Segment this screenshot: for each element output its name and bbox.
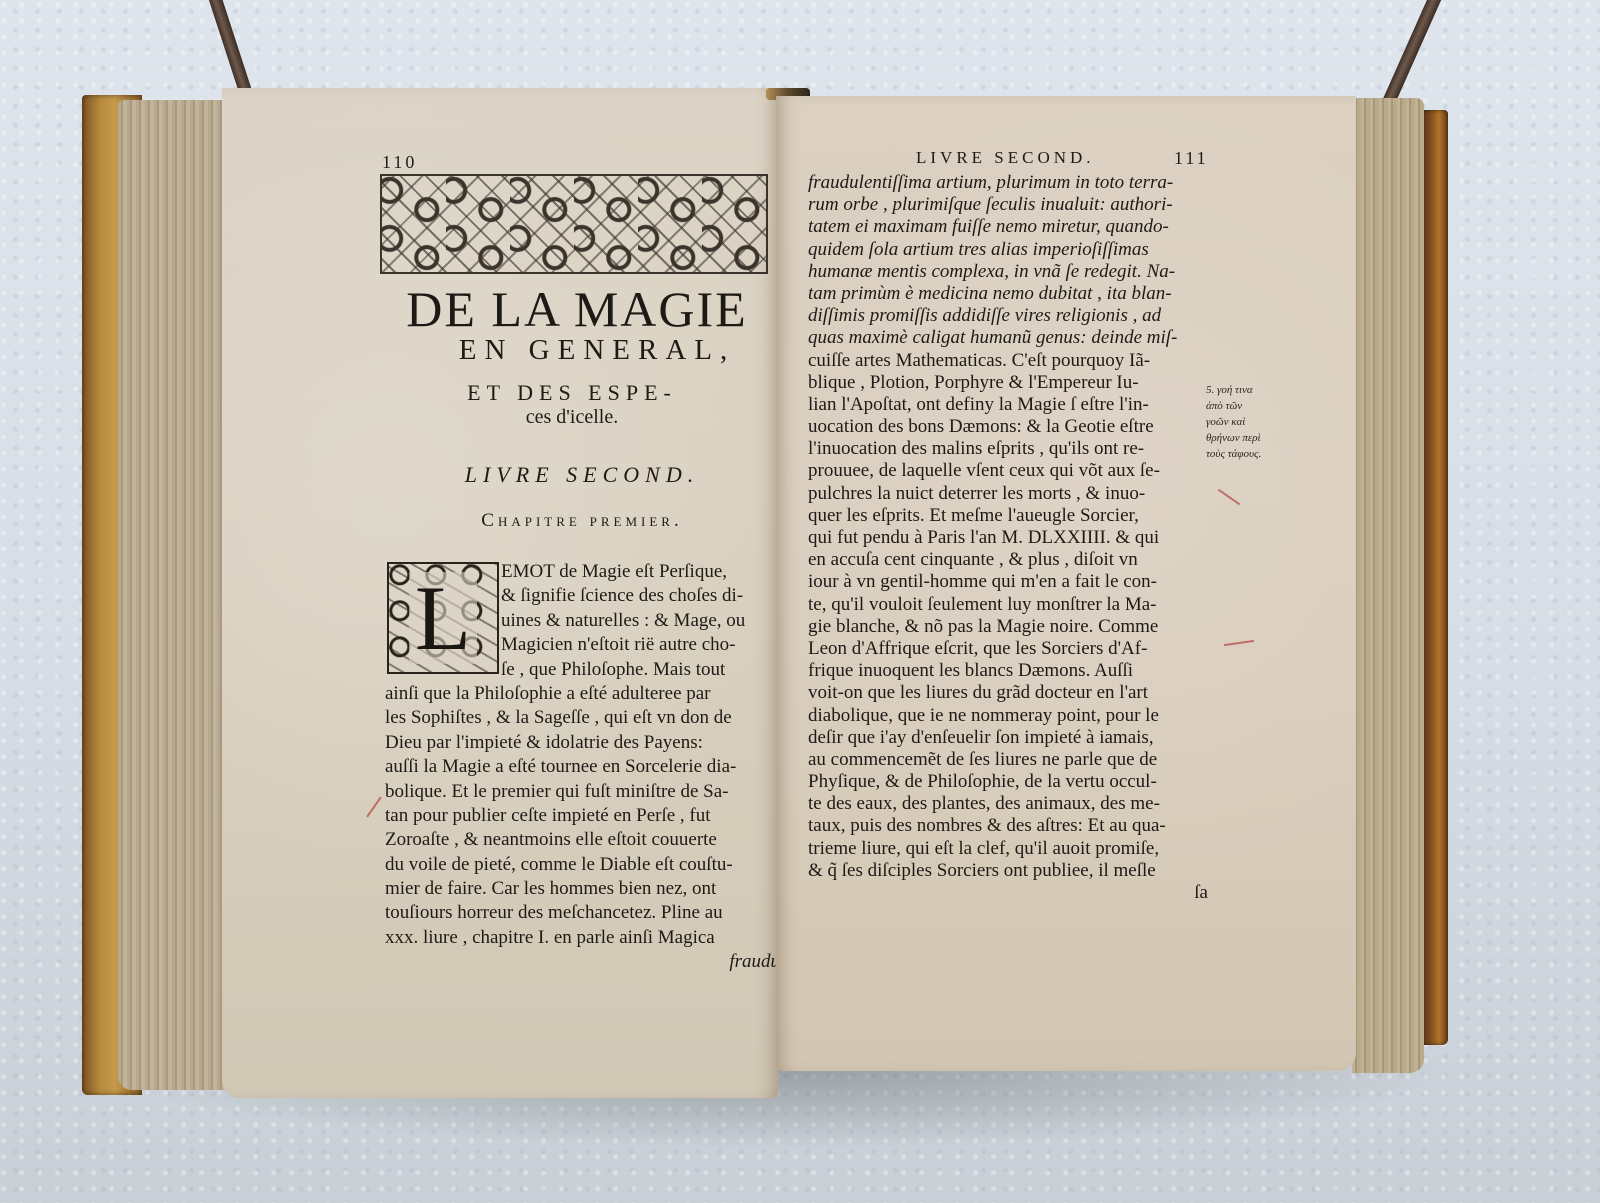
- text-line-latin: quas maximè caligat humanũ genus: deinde…: [808, 327, 1208, 349]
- text-line: te des eaux, des plantes, des animaux, d…: [808, 793, 1208, 815]
- text-line: deſir que i'ay d'enſeuelir ſon impieté à…: [808, 727, 1208, 749]
- text-line: tan pour publier ceſte impieté en Perſe …: [385, 804, 780, 828]
- text-line: voit-on que les liures du grãd docteur e…: [808, 682, 1208, 704]
- text-line: blique , Plotion, Porphyre & l'Empereur …: [808, 372, 1208, 394]
- text-line: mier de faire. Car les hommes bien nez, …: [385, 877, 780, 901]
- chapter-heading: Chapitre premier.: [422, 510, 742, 532]
- text-line-latin: fraudulentiſſima artium, plurimum in tot…: [808, 172, 1208, 194]
- text-line: iour à vn gentil-homme qui m'en a fait l…: [808, 571, 1208, 593]
- text-line: gie blanche, & nõ pas la Magie noire. Co…: [808, 616, 1208, 638]
- text-line: au commencemẽt de ſes liures ne parle qu…: [808, 749, 1208, 771]
- text-line: trieme liure, qui eſt la clef, qu'il auo…: [808, 838, 1208, 860]
- text-line-latin: quidem ſola artium tres alias imperioſiſ…: [808, 239, 1208, 261]
- marginal-line: ἀπὸ τῶν: [1206, 398, 1296, 414]
- running-head: LIVRE SECOND.: [916, 148, 1095, 168]
- book-heading: LIVRE SECOND.: [422, 462, 742, 488]
- text-line: Phyſique, & de Philoſophie, de la vertu …: [808, 771, 1208, 793]
- text-line-latin: tatem ei maximam fuiſſe nemo miretur, qu…: [808, 216, 1208, 238]
- text-line: en accuſa cent cinquante , & plus , diſo…: [808, 549, 1208, 571]
- text-line: Zoroaſte , & neantmoins elle eſtoit couu…: [385, 828, 780, 852]
- text-line-latin: diſſimis promiſſis addidiſſe vires relig…: [808, 305, 1208, 327]
- decorated-initial-icon: L: [387, 562, 499, 674]
- text-line: lian l'Apoſtat, ont definy la Magie ſ eſ…: [808, 394, 1208, 416]
- text-line-latin: rum orbe , plurimiſque ſeculis inualuit:…: [808, 194, 1208, 216]
- drop-cap-letter: L: [409, 572, 477, 664]
- marginal-line: θρήνων περὶ: [1206, 430, 1296, 446]
- text-line: les Sophiſtes , & la Sageſſe , qui eſt v…: [385, 706, 780, 730]
- text-line: Leon d'Affrique eſcrit, que les Sorciers…: [808, 638, 1208, 660]
- text-line: quer les eſprits. Et meſme l'aueugle Sor…: [808, 505, 1208, 527]
- right-page: LIVRE SECOND. 111 fraudulentiſſima artiu…: [776, 96, 1356, 1071]
- text-line: auſſi la Magie a eſté tournee en Sorcele…: [385, 755, 780, 779]
- page-number: 110: [382, 152, 417, 173]
- page-number: 111: [1174, 148, 1209, 169]
- text-line: du voile de pieté, comme le Diable eſt c…: [385, 853, 780, 877]
- marginal-note-greek: 5. γοή τινα ἀπὸ τῶν γοῶν καὶ θρήνων περὶ…: [1206, 382, 1296, 462]
- text-line: taux, puis des nombres & des aſtres: Et …: [808, 815, 1208, 837]
- text-line-latin: tam primùm è medicina nemo dubitat , ita…: [808, 283, 1208, 305]
- text-line: prouuee, de laquelle vſent ceux qui võt …: [808, 460, 1208, 482]
- text-line: cuiſſe artes Mathematicas. C'eſt pourquo…: [808, 350, 1208, 372]
- text-line-latin: humanæ mentis complexa, in vnã ſe redegi…: [808, 261, 1208, 283]
- text-line: touſiours horreur des meſchancetez. Plin…: [385, 901, 780, 925]
- text-line: uocation des bons Dæmons: & la Geotie eſ…: [808, 416, 1208, 438]
- marginal-line: τοὺς τάφους.: [1206, 446, 1296, 462]
- text-line: xxx. liure , chapitre I. en parle ainſi …: [385, 926, 780, 950]
- text-line: bolique. Et le premier qui fuſt miniſtre…: [385, 780, 780, 804]
- text-line: l'inuocation des malins eſprits , qu'ils…: [808, 438, 1208, 460]
- catchword: ſa: [808, 882, 1208, 904]
- text-line: Dieu par l'impieté & idolatrie des Payen…: [385, 731, 780, 755]
- text-line: qui fut pendu à Paris l'an M. DLXXIIII. …: [808, 527, 1208, 549]
- chapter-title-line3: ET DES ESPE-: [452, 380, 692, 406]
- text-line: te, qu'il vouloit ſeulement luy monſtrer…: [808, 594, 1208, 616]
- red-pen-mark: [1218, 489, 1240, 506]
- red-pen-mark: [366, 797, 381, 818]
- marginal-line: γοῶν καὶ: [1206, 414, 1296, 430]
- catchword: fraudu: [385, 950, 780, 974]
- marginal-line: 5. γοή τινα: [1206, 382, 1296, 398]
- text-line: diabolique, que ie ne nommeray point, po…: [808, 705, 1208, 727]
- text-line: ainſi que la Philoſophie a eſté adultere…: [385, 682, 780, 706]
- body-text-right: fraudulentiſſima artium, plurimum in tot…: [808, 172, 1208, 904]
- page-block-edge-right: [1352, 98, 1424, 1073]
- text-line: pulchres la nuict deterrer les morts , &…: [808, 483, 1208, 505]
- chapter-title-line2: EN GENERAL,: [412, 334, 782, 367]
- ornamental-headpiece-icon: [380, 174, 768, 274]
- red-pen-mark: [1224, 640, 1254, 646]
- chapter-title: DE LA MAGIE: [382, 280, 772, 338]
- text-line: frique inuoquent les blancs Dæmons. Auſſ…: [808, 660, 1208, 682]
- page-block-edge-left: [118, 100, 230, 1090]
- text-line: & q̃ ſes diſciples Sorciers ont publiee,…: [808, 860, 1208, 882]
- left-page: 110 DE LA MAGIE EN GENERAL, ET DES ESPE-…: [222, 88, 778, 1098]
- chapter-title-line4: ces d'icelle.: [452, 406, 692, 429]
